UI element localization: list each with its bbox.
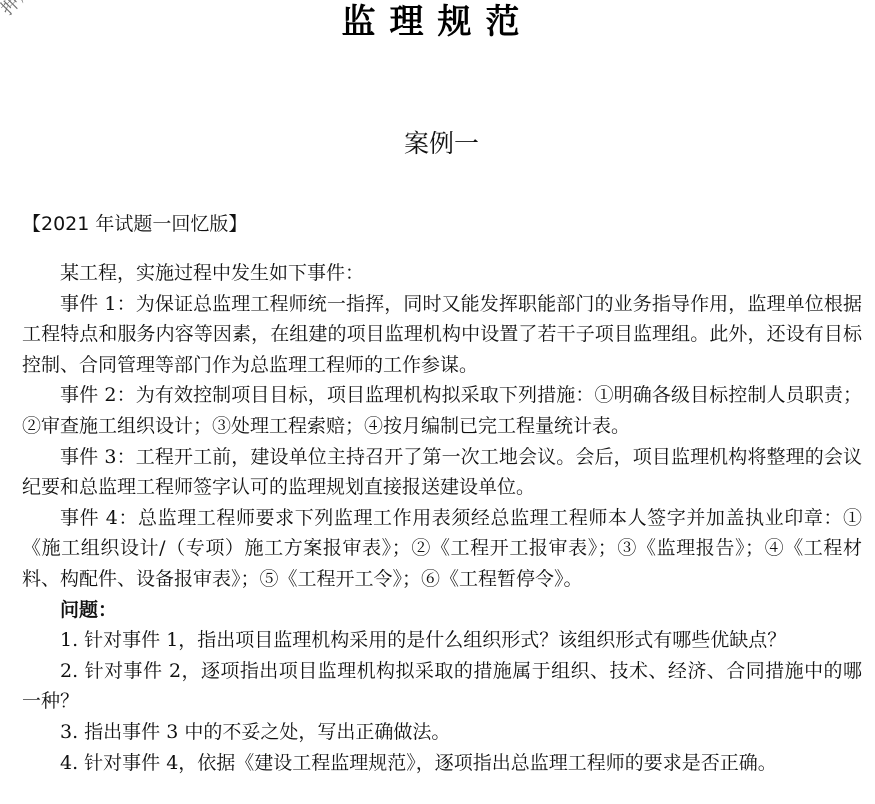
event-2-label: 事件 2： bbox=[60, 384, 136, 406]
event-4-paragraph: 事件 4：总监理工程师要求下列监理工作用表须经总监理工程师本人签字并加盖执业印章… bbox=[22, 503, 862, 595]
event-3-paragraph: 事件 3：工程开工前，建设单位主持召开了第一次工地会议。会后，项目监理机构将整理… bbox=[22, 442, 862, 503]
questions-heading: 问题： bbox=[22, 595, 862, 626]
case-title: 案例一 bbox=[0, 128, 875, 160]
question-4: 4. 针对事件 4，依据《建设工程监理规范》，逐项指出总监理工程师的要求是否正确… bbox=[22, 748, 862, 779]
event-4-text: 总监理工程师要求下列监理工作用表须经总监理工程师本人签字并加盖执业印章：①《施工… bbox=[22, 507, 862, 590]
page-title: 监理规范 bbox=[0, 2, 875, 42]
event-2-paragraph: 事件 2：为有效控制项目目标，项目监理机构拟采取下列措施：①明确各级目标控制人员… bbox=[22, 380, 862, 441]
event-3-text: 工程开工前，建设单位主持召开了第一次工地会议。会后，项目监理机构将整理的会议纪要… bbox=[22, 446, 862, 499]
question-1: 1. 针对事件 1，指出项目监理机构采用的是什么组织形式？该组织形式有哪些优缺点… bbox=[22, 625, 862, 656]
question-3: 3. 指出事件 3 中的不妥之处，写出正确做法。 bbox=[22, 717, 862, 748]
source-tag: 【2021 年试题一回忆版】 bbox=[22, 211, 247, 237]
event-1-text: 为保证总监理工程师统一指挥，同时又能发挥职能部门的业务指导作用，监理单位根据工程… bbox=[22, 293, 862, 376]
event-2-text: 为有效控制项目目标，项目监理机构拟采取下列措施：①明确各级目标控制人员职责；②审… bbox=[22, 384, 862, 437]
intro-paragraph: 某工程，实施过程中发生如下事件： bbox=[22, 258, 862, 289]
case-body: 某工程，实施过程中发生如下事件： 事件 1：为保证总监理工程师统一指挥，同时又能… bbox=[22, 258, 862, 778]
event-1-paragraph: 事件 1：为保证总监理工程师统一指挥，同时又能发挥职能部门的业务指导作用，监理单… bbox=[22, 289, 862, 381]
event-4-label: 事件 4： bbox=[60, 507, 138, 529]
question-2: 2. 针对事件 2，逐项指出项目监理机构拟采取的措施属于组织、技术、经济、合同措… bbox=[22, 656, 862, 717]
event-1-label: 事件 1： bbox=[60, 293, 136, 315]
event-3-label: 事件 3： bbox=[60, 446, 136, 468]
